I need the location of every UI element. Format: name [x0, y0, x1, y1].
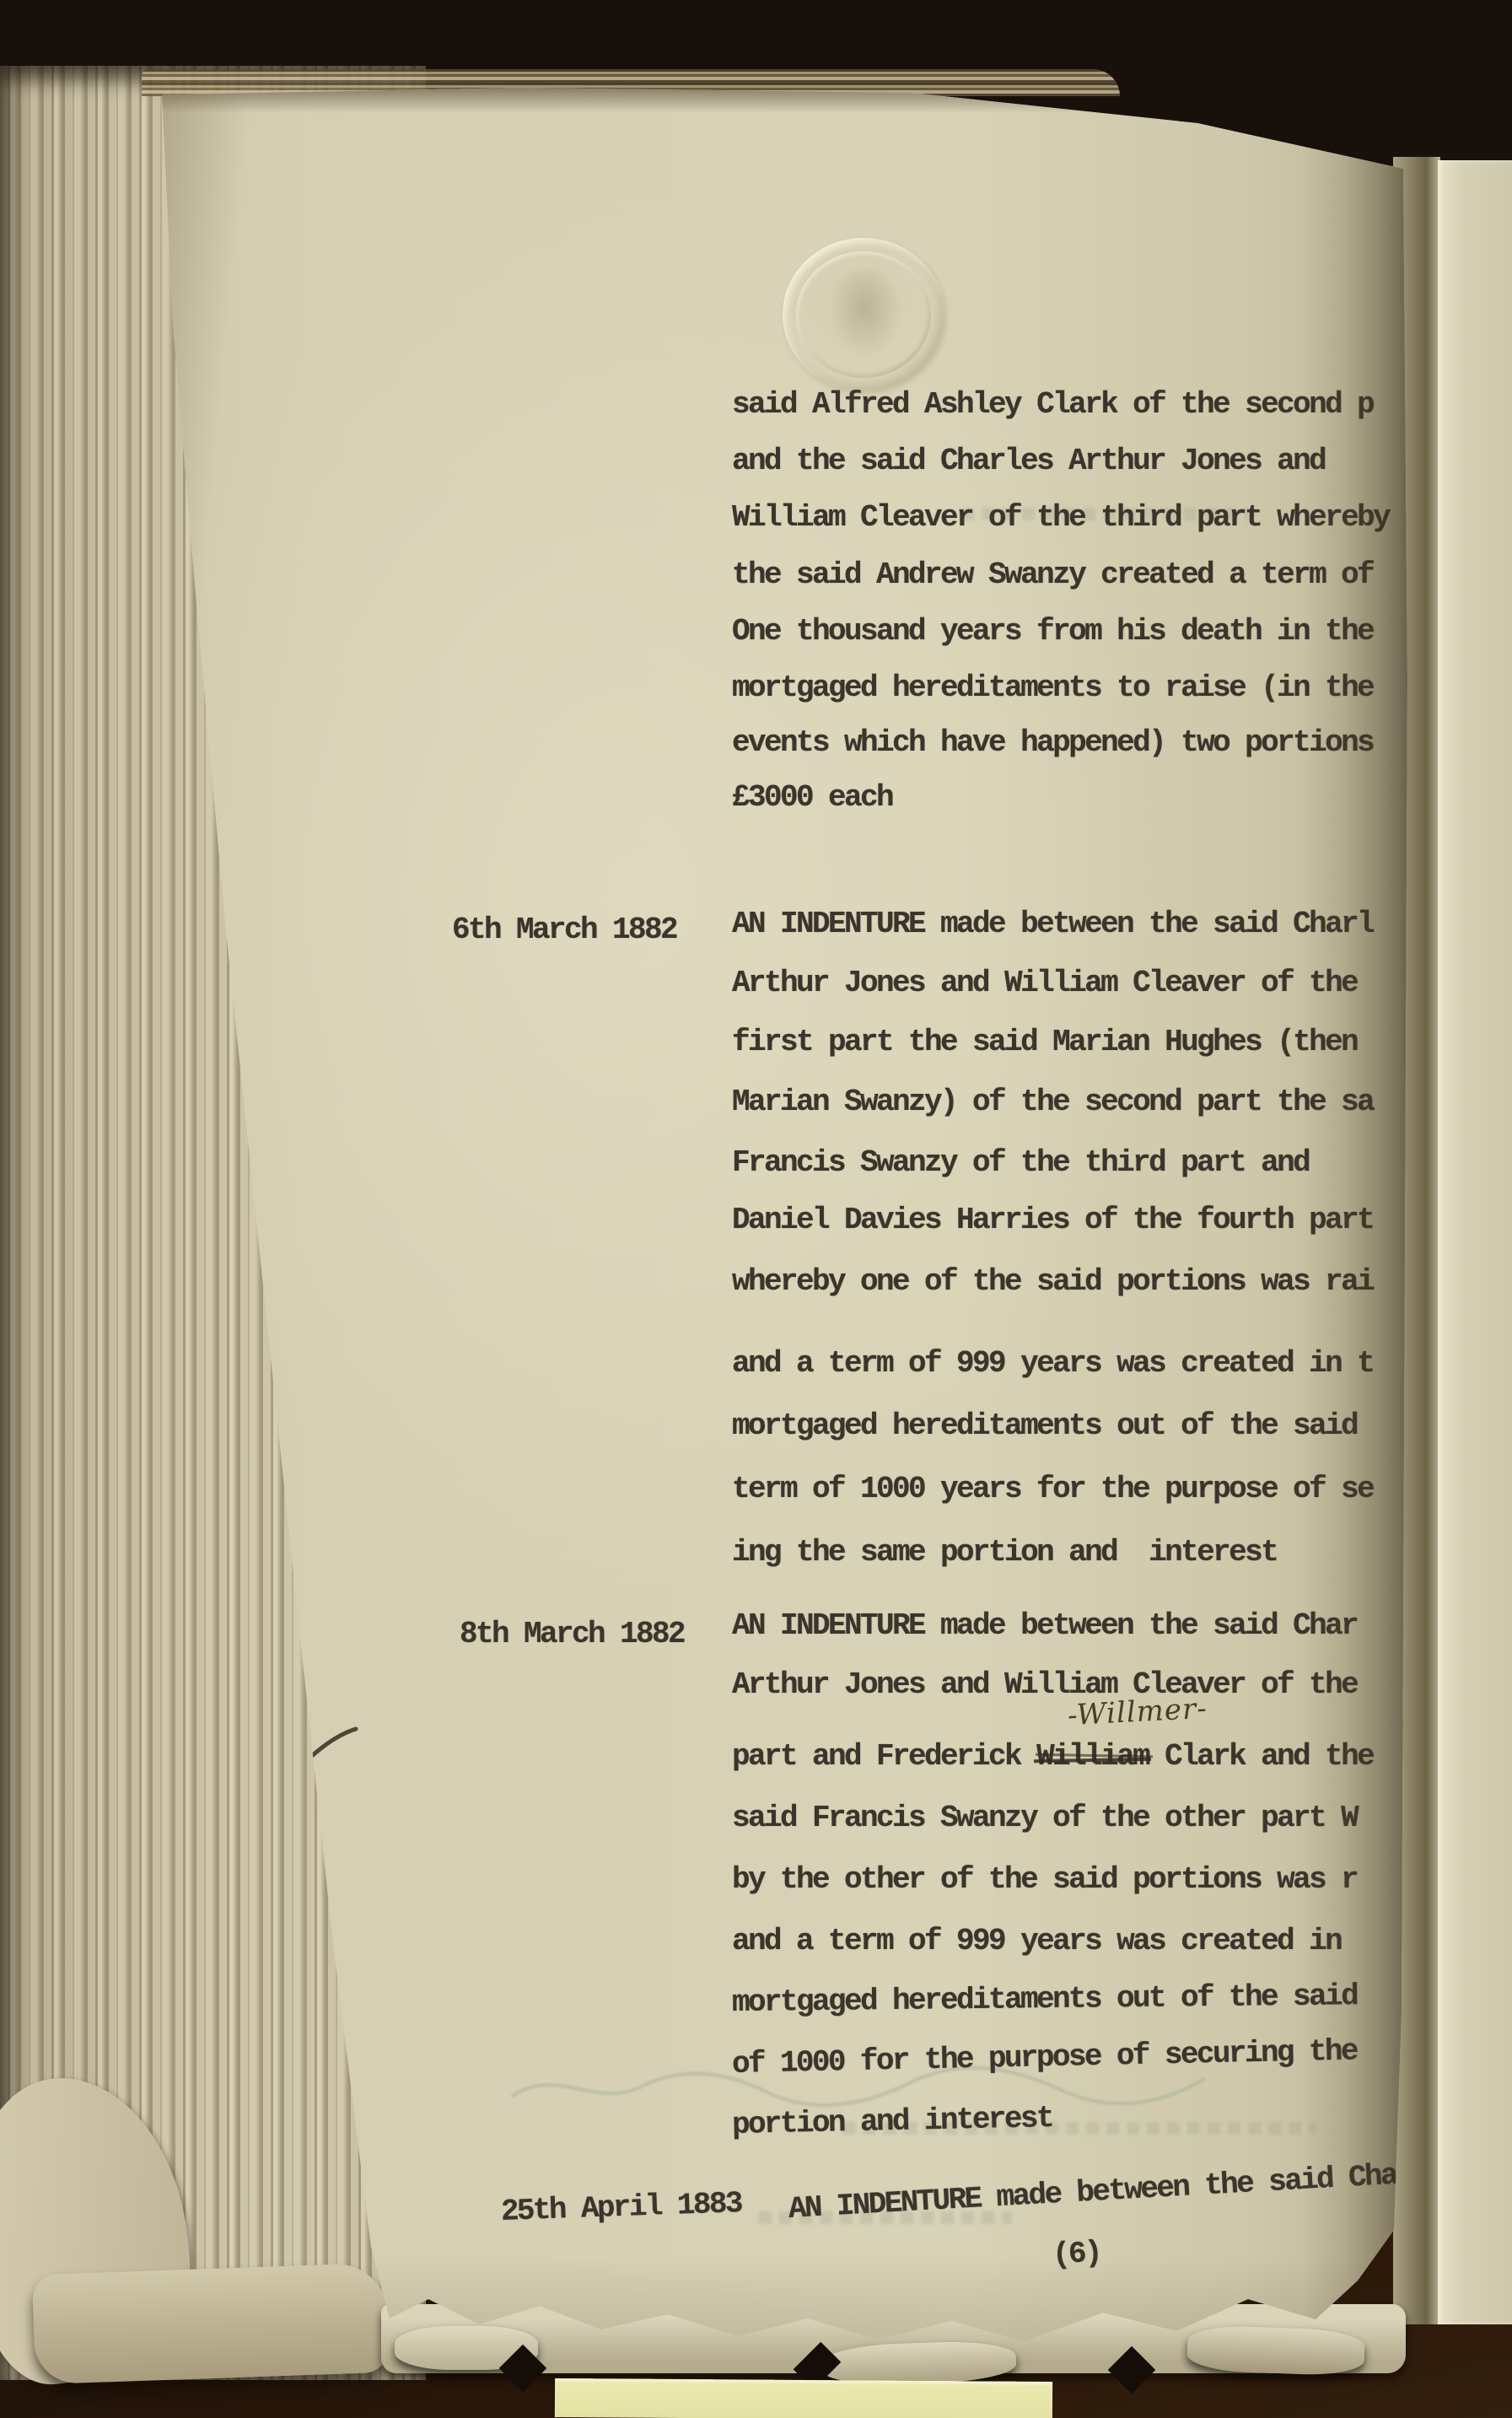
line-pre: part and Frederick [732, 1739, 1036, 1774]
page-number: (6) [1052, 2237, 1101, 2273]
typed-line: Marian Swanzy) of the second part the sa [732, 1085, 1373, 1119]
typed-line: AN INDENTURE made between the said Char [788, 2158, 1413, 2227]
typed-line: term of 1000 years for the purpose of se [732, 1473, 1373, 1506]
typed-line: said Alfred Ashley Clark of the second p [732, 388, 1373, 422]
typed-line: and a term of 999 years was created in [732, 1925, 1341, 1958]
strikethrough-word: William [1036, 1740, 1149, 1774]
typed-line: Arthur Jones and William Cleaver of the [732, 967, 1357, 1000]
typed-line: £3000 each [732, 781, 892, 815]
typed-line: mortgaged hereditaments to raise (in the [732, 671, 1373, 705]
seal-crest [831, 270, 899, 354]
line-post: Clark and the [1149, 1739, 1373, 1774]
typed-line: mortgaged hereditaments out of the said [732, 1409, 1357, 1443]
typed-line: One thousand years from his death in the [732, 615, 1373, 649]
margin-date: 25th April 1883 [500, 2187, 741, 2229]
typed-line: ing the same portion and interest [732, 1536, 1277, 1570]
typed-line: Arthur Jones and William Cleaver of the [732, 1668, 1357, 1702]
torn-page-flap [32, 2263, 390, 2385]
typed-line: Francis Swanzy of the third part and [732, 1146, 1309, 1180]
typed-line: AN INDENTURE made between the said Char [732, 1609, 1357, 1643]
typed-line: mortgaged hereditaments out of the said [732, 1979, 1358, 2020]
margin-date: 8th March 1882 [460, 1618, 684, 1651]
typed-line: William Cleaver of the third part whereb… [732, 501, 1389, 535]
typed-line: of 1000 for the purpose of securing the [732, 2034, 1358, 2081]
typed-line: said Francis Swanzy of the other part W [732, 1801, 1357, 1835]
margin-date: 6th March 1882 [452, 913, 676, 947]
handwritten-annotation: -Willmer- [1067, 1694, 1208, 1731]
typed-line: events which have happened) two portions [732, 726, 1373, 760]
typed-line: AN INDENTURE made between the said Charl [732, 907, 1373, 941]
typed-line: whereby one of the said portions was rai [732, 1265, 1373, 1299]
typed-line: and the said Charles Arthur Jones and [732, 444, 1325, 478]
embossed-seal-icon [783, 238, 944, 391]
typed-line-with-strikethrough: part and Frederick William Clark and the [732, 1740, 1373, 1774]
book-photograph: said Alfred Ashley Clark of the second p… [0, 0, 1512, 2418]
next-page-edge [1438, 160, 1512, 2324]
typed-line: Daniel Davies Harries of the fourth part [732, 1204, 1373, 1237]
typed-line: portion and interest [732, 2102, 1053, 2142]
typed-line: by the other of the said portions was r [732, 1863, 1357, 1897]
typed-line: first part the said Marian Hughes (then [732, 1026, 1357, 1059]
typed-line: and a term of 999 years was created in t [732, 1347, 1373, 1381]
sticky-note [555, 2378, 1052, 2418]
typed-line: the said Andrew Swanzy created a term of [732, 558, 1373, 592]
